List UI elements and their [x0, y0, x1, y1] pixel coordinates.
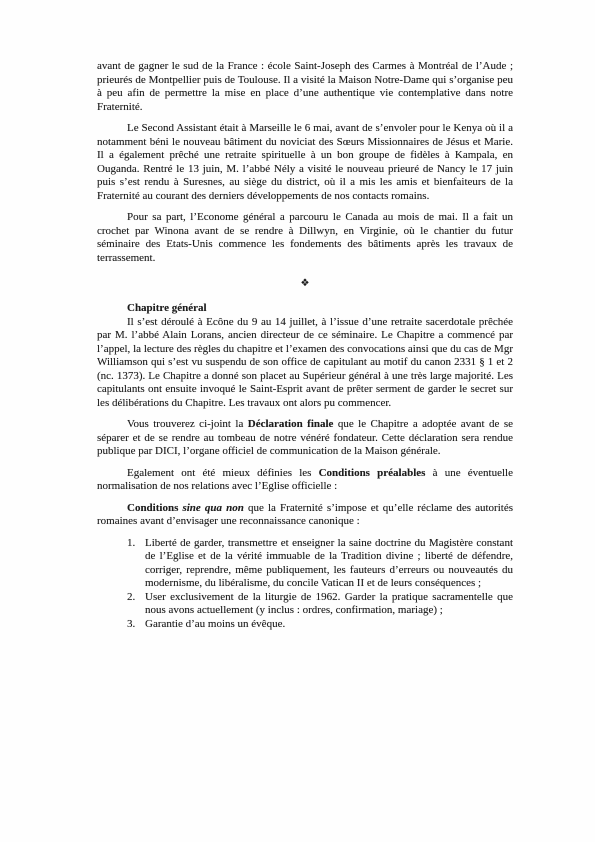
- list-item-text: User exclusivement de la liturgie de 196…: [145, 591, 513, 617]
- paragraph-intro-continuation: avant de gagner le sud de la France : éc…: [97, 60, 513, 114]
- list-item: 2. User exclusivement de la liturgie de …: [97, 591, 513, 618]
- list-item-number: 3.: [127, 618, 135, 632]
- paragraph-econome-general: Pour sa part, l’Econome général a parcou…: [97, 211, 513, 265]
- conditions-prealables-bold: Conditions préalables: [319, 467, 426, 479]
- text-column: avant de gagner le sud de la France : éc…: [97, 60, 513, 631]
- paragraph-sine-qua-non: Conditions sine qua non que la Fraternit…: [97, 502, 513, 529]
- list-item: 3. Garantie d’au moins un évêque.: [97, 618, 513, 632]
- paragraph-second-assistant: Le Second Assistant était à Marseille le…: [97, 122, 513, 203]
- declaration-finale-bold: Déclaration finale: [248, 418, 334, 430]
- section-separator: ❖: [97, 278, 513, 290]
- paragraph-conditions-intro: Egalement ont été mieux définies les Con…: [97, 467, 513, 494]
- conditions-bold: Conditions: [127, 502, 182, 514]
- paragraph-declaration-finale: Vous trouverez ci-joint la Déclaration f…: [97, 418, 513, 459]
- heading-chapitre-general: Chapitre général: [97, 302, 513, 316]
- sine-qua-non-bold-italic: sine qua non: [182, 502, 243, 514]
- diamond-ornament-icon: ❖: [301, 278, 310, 289]
- list-item-number: 1.: [127, 537, 135, 551]
- paragraph-chapitre-general-body: Il s’est déroulé à Ecône du 9 au 14 juil…: [97, 316, 513, 411]
- list-item-text: Garantie d’au moins un évêque.: [145, 618, 285, 630]
- list-item-text: Liberté de garder, transmettre et enseig…: [145, 537, 513, 590]
- document-page: avant de gagner le sud de la France : éc…: [0, 0, 595, 842]
- list-item: 1. Liberté de garder, transmettre et ens…: [97, 537, 513, 591]
- declaration-text-pre: Vous trouverez ci-joint la: [127, 418, 248, 430]
- conditions-intro-pre: Egalement ont été mieux définies les: [127, 467, 319, 479]
- list-item-number: 2.: [127, 591, 135, 605]
- conditions-list: 1. Liberté de garder, transmettre et ens…: [97, 537, 513, 632]
